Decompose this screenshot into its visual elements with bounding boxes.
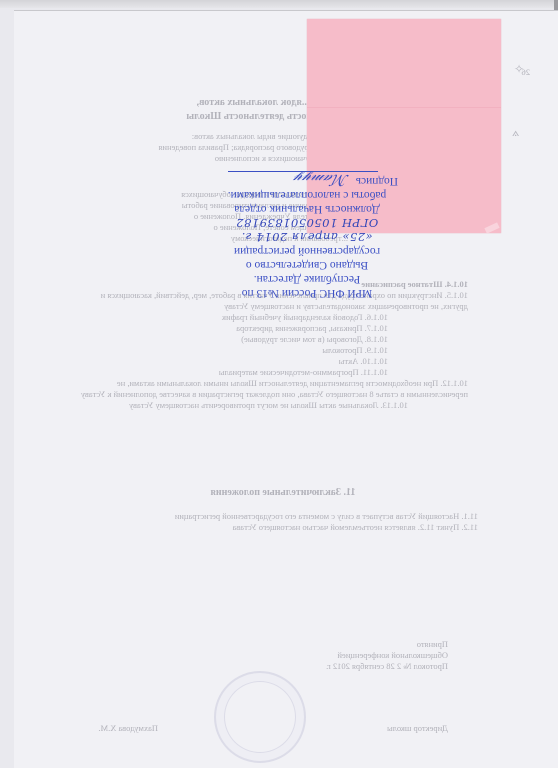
bleed-position: Директор школы [348, 723, 448, 734]
stamp-region: Республике Дагестан. [196, 272, 418, 286]
sticky-corner-fold [484, 222, 499, 233]
stamp-ogrn: ОГРН 1050501839182 [196, 216, 418, 230]
stamp-date: «25» апреля 2014 г. [196, 230, 418, 244]
stamp-signature-line: ℳ𝒶𝓂𝓎𝓎 [228, 171, 378, 172]
bleed-final-items: 11.1. Настоящий Устав вступает в силу с … [78, 511, 478, 533]
bleed-section-title: 11. Заключительные положения [158, 486, 408, 500]
stamp-authority: МРИ ФНС России №13 по [196, 286, 418, 300]
faded-round-seal [214, 671, 306, 763]
registration-stamp: МРИ ФНС России №13 по Республике Дагеста… [196, 150, 418, 300]
sticky-crease [307, 107, 501, 108]
stamp-signature: ℳ𝒶𝓂𝓎𝓎 [292, 173, 350, 187]
bleed-heading: ...ядок локальных актов, ...ность деятел… [178, 96, 328, 124]
stamp-department: работы с налогоплательщиками. [196, 188, 418, 202]
bleed-name: Пахмудова Х.М. [58, 723, 158, 734]
stamp-certificate: Выдано Свидетельство о [196, 258, 418, 272]
scanner-edge [0, 0, 558, 8]
stamp-position: Должность Начальник отдела [196, 202, 418, 216]
stamp-registration: государственной регистрации [196, 244, 418, 258]
bleed-adopted: Принято Общешкольной конференцией Проток… [248, 639, 448, 672]
staple-mark-icon: ✧ [514, 62, 524, 77]
staple-mark-icon: ⟑ [512, 125, 519, 140]
